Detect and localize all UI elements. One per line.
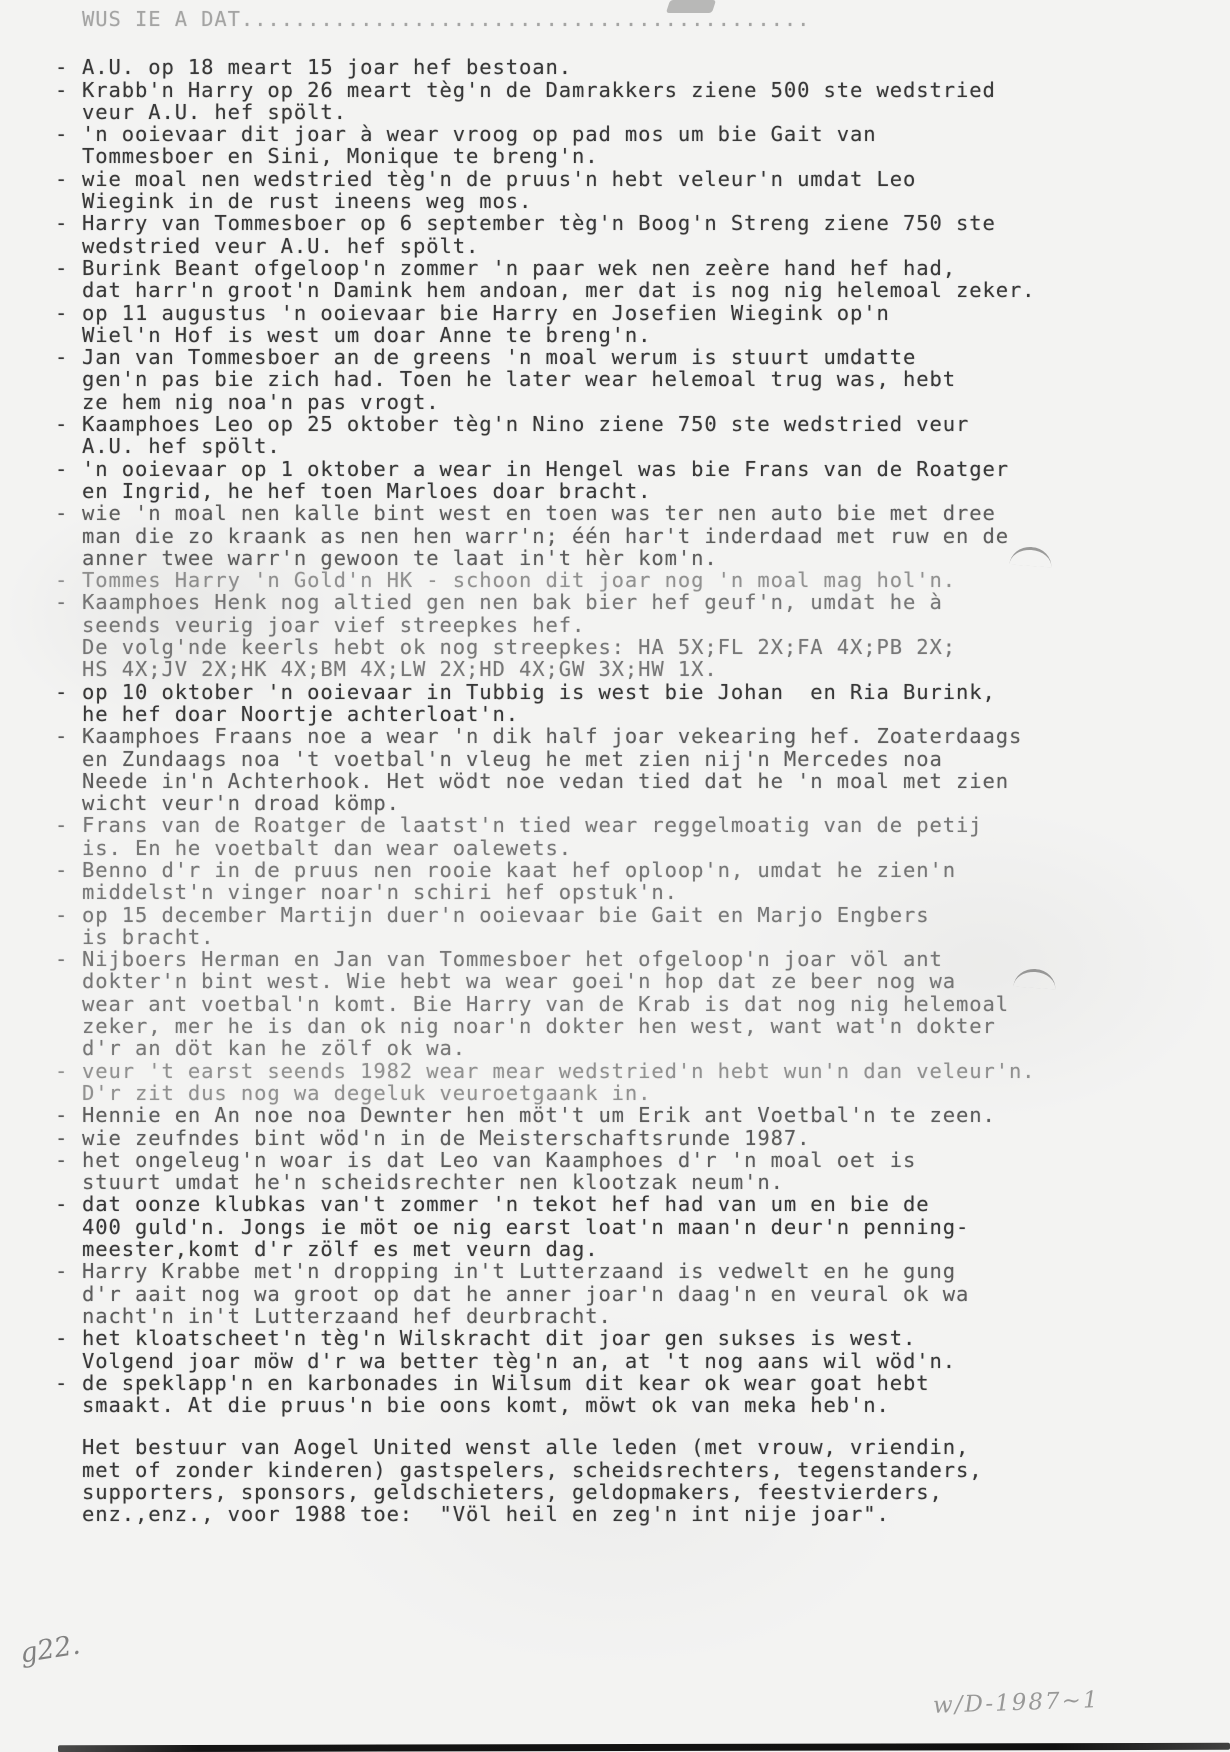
bullet-item: - Jan van Tommesboer an de greens 'n moa… [55, 346, 1220, 413]
bullet-item: - het ongeleug'n woar is dat Leo van Kaa… [55, 1149, 1220, 1194]
bullet-list: - A.U. op 18 meart 15 joar hef bestoan. … [0, 56, 1230, 1525]
bullet-text: Tommes Harry 'n Gold'n HK - schoon dit j… [82, 569, 956, 591]
bullet-text: Harry Krabbe met'n dropping in't Lutterz… [82, 1260, 969, 1327]
bullet-item: - Frans van de Roatger de laatst'n tied … [55, 814, 1220, 859]
bullet-dash: - [55, 257, 82, 279]
bullet-text: het ongeleug'n woar is dat Leo van Kaamp… [82, 1149, 916, 1194]
bullet-text: Harry van Tommesboer op 6 september tèg'… [82, 212, 996, 257]
bullet-dash: - [55, 79, 82, 101]
handwritten-archive-code: w/D-1987~1 [933, 1687, 1100, 1719]
bullet-item: - 'n ooievaar dit joar à wear vroog op p… [55, 123, 1220, 168]
bullet-dash: - [55, 859, 82, 881]
bullet-item: - Harry van Tommesboer op 6 september tè… [55, 212, 1220, 257]
bullet-text: Hennie en An noe noa Dewnter hen möt't u… [82, 1104, 996, 1126]
bullet-dash: - [55, 302, 82, 324]
bullet-item: - Kaamphoes Henk nog altied gen nen bak … [55, 591, 1220, 680]
bullet-item: - op 15 december Martijn duer'n ooievaar… [55, 904, 1220, 949]
bullet-text: Kaamphoes Henk nog altied gen nen bak bi… [82, 591, 956, 680]
bullet-item: - Krabb'n Harry op 26 meart tèg'n de Dam… [55, 79, 1220, 124]
bullet-item: - veur 't earst seends 1982 wear mear we… [55, 1060, 1220, 1105]
bullet-text: 'n ooievaar op 1 oktober a wear in Henge… [82, 458, 1009, 503]
bullet-item: - de speklapp'n en karbonades in Wilsum … [55, 1372, 1220, 1417]
bullet-text: de speklapp'n en karbonades in Wilsum di… [82, 1372, 930, 1417]
bullet-text: dat oonze klubkas van't zommer 'n tekot … [82, 1193, 969, 1260]
bullet-text: op 11 augustus 'n ooievaar bie Harry en … [82, 302, 890, 347]
bullet-dash: - [55, 1127, 82, 1149]
bullet-text: Jan van Tommesboer an de greens 'n moal … [82, 346, 956, 413]
bullet-dash: - [55, 346, 82, 368]
bullet-item: - A.U. op 18 meart 15 joar hef bestoan. [55, 56, 1220, 78]
bullet-item: - dat oonze klubkas van't zommer 'n teko… [55, 1193, 1220, 1260]
bullet-dash: - [55, 1193, 82, 1215]
bullet-text: Krabb'n Harry op 26 meart tèg'n de Damra… [82, 79, 996, 124]
bullet-dash: - [55, 1327, 82, 1349]
bullet-text: het kloatscheet'n tèg'n Wilskracht dit j… [82, 1327, 956, 1372]
bullet-item: - Benno d'r in de pruus nen rooie kaat h… [55, 859, 1220, 904]
bullet-text: Kaamphoes Leo op 25 oktober tèg'n Nino z… [82, 413, 969, 458]
bullet-dash: - [55, 1149, 82, 1171]
bullet-text: op 15 december Martijn duer'n ooievaar b… [82, 904, 930, 949]
bullet-dash: - [55, 123, 82, 145]
bullet-dash: - [55, 212, 82, 234]
bullet-text: Benno d'r in de pruus nen rooie kaat hef… [82, 859, 956, 904]
bullet-item: - Nijboers Herman en Jan van Tommesboer … [55, 948, 1220, 1059]
bullet-dash: - [55, 681, 82, 703]
bullet-dash: - [55, 814, 82, 836]
page-title: WUS IE A DAT............................… [82, 8, 1230, 30]
bullet-item: - op 11 augustus 'n ooievaar bie Harry e… [55, 302, 1220, 347]
bullet-item: - wie zeufndes bint wöd'n in de Meisters… [55, 1127, 1220, 1149]
bullet-dash: - [55, 1372, 82, 1394]
bullet-text: wie moal nen wedstried tèg'n de pruus'n … [82, 168, 916, 213]
bullet-item: - Tommes Harry 'n Gold'n HK - schoon dit… [55, 569, 1220, 591]
bullet-item: - Harry Krabbe met'n dropping in't Lutte… [55, 1260, 1220, 1327]
bullet-dash: - [55, 1104, 82, 1126]
bullet-dash: - [55, 591, 82, 613]
bullet-item: - Burink Beant ofgeloop'n zommer 'n paar… [55, 257, 1220, 302]
bullet-item: - 'n ooievaar op 1 oktober a wear in Hen… [55, 458, 1220, 503]
bullet-text: 'n ooievaar dit joar à wear vroog op pad… [82, 123, 877, 168]
bullet-dash: - [55, 458, 82, 480]
bullet-dash: - [55, 948, 82, 970]
bullet-text: veur 't earst seends 1982 wear mear weds… [82, 1060, 1035, 1105]
handwritten-page-number: g22. [18, 1629, 82, 1669]
bullet-item: - het kloatscheet'n tèg'n Wilskracht dit… [55, 1327, 1220, 1372]
closing-paragraph: Het bestuur van Aogel United wenst alle … [82, 1436, 1220, 1525]
bullet-dash: - [55, 904, 82, 926]
bullet-dash: - [55, 1060, 82, 1082]
bullet-text: Frans van de Roatger de laatst'n tied we… [82, 814, 982, 859]
bullet-dash: - [55, 413, 82, 435]
bullet-dash: - [55, 569, 82, 591]
bullet-dash: - [55, 56, 82, 78]
bullet-text: Burink Beant ofgeloop'n zommer 'n paar w… [82, 257, 1035, 302]
bullet-text: op 10 oktober 'n ooievaar in Tubbig is w… [82, 681, 996, 726]
bullet-text: wie 'n moal nen kalle bint west en toen … [82, 502, 1009, 569]
bullet-dash: - [55, 725, 82, 747]
bullet-item: - Kaamphoes Leo op 25 oktober tèg'n Nino… [55, 413, 1220, 458]
bullet-item: - Hennie en An noe noa Dewnter hen möt't… [55, 1104, 1220, 1126]
bullet-text: A.U. op 18 meart 15 joar hef bestoan. [82, 56, 572, 78]
bullet-text: wie zeufndes bint wöd'n in de Meistersch… [82, 1127, 810, 1149]
bullet-item: - op 10 oktober 'n ooievaar in Tubbig is… [55, 681, 1220, 726]
bullet-dash: - [55, 1260, 82, 1282]
bullet-dash: - [55, 502, 82, 524]
scan-edge-bar [58, 1743, 1230, 1752]
bullet-item: - wie moal nen wedstried tèg'n de pruus'… [55, 168, 1220, 213]
bullet-item: - Kaamphoes Fraans noe a wear 'n dik hal… [55, 725, 1220, 814]
bullet-text: Nijboers Herman en Jan van Tommesboer he… [82, 948, 1009, 1059]
bullet-dash: - [55, 168, 82, 190]
bullet-text: Kaamphoes Fraans noe a wear 'n dik half … [82, 725, 1022, 814]
scanned-newsletter-page: WUS IE A DAT............................… [0, 0, 1230, 1752]
